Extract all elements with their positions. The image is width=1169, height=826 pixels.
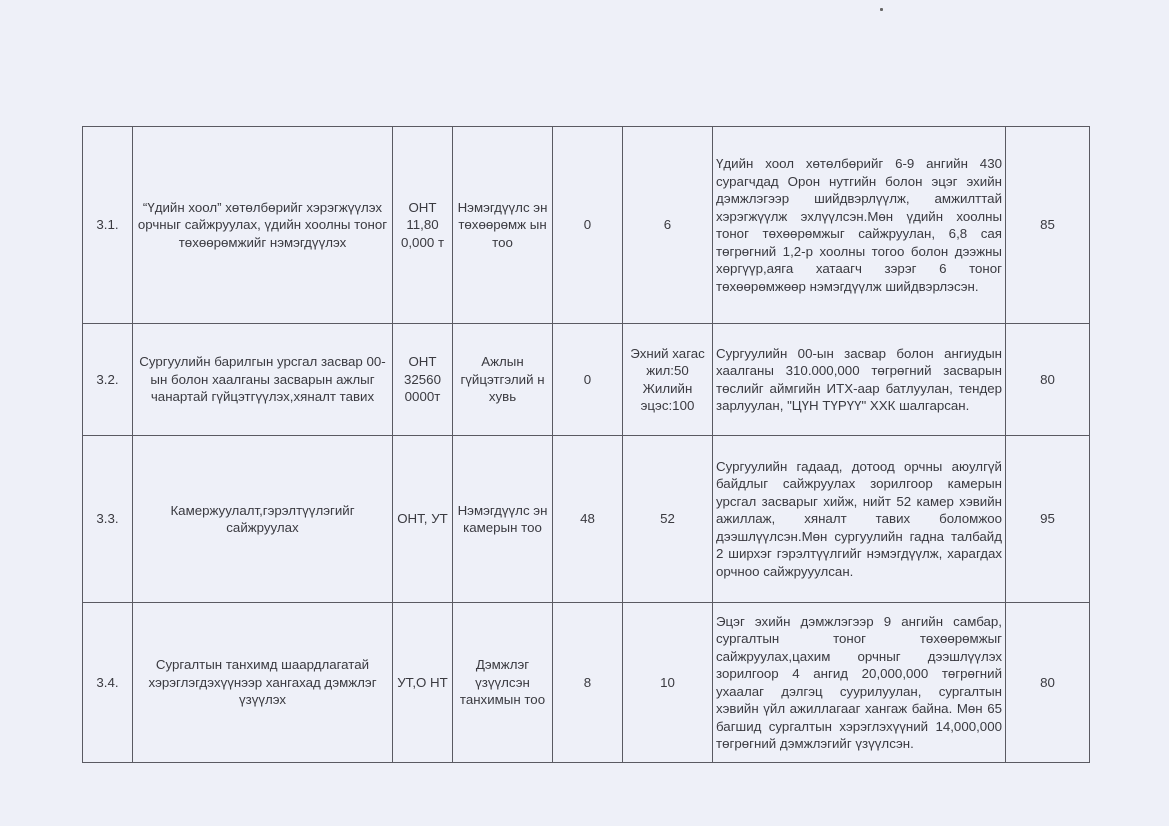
table-row: 3.4. Сургалтын танхимд шаардлагатай хэрэ… <box>83 603 1090 763</box>
result-cell: Сургуулийн гадаад, дотоод орчны аюулгүй … <box>713 436 1006 603</box>
baseline-cell: 48 <box>553 436 623 603</box>
target-cell: 6 <box>623 127 713 324</box>
indicator-cell: Дэмжлэг үзүүлсэн танхимын тоо <box>453 603 553 763</box>
target-cell: 10 <box>623 603 713 763</box>
target-cell: Эхний хагас жил:50 Жилийн эцэс:100 <box>623 324 713 436</box>
table-row: 3.2. Сургуулийн барилгын урсгал засвар 0… <box>83 324 1090 436</box>
percent-cell: 80 <box>1006 324 1090 436</box>
funding-cell: ОНТ 11,80 0,000 т <box>393 127 453 324</box>
row-number: 3.4. <box>83 603 133 763</box>
percent-cell: 80 <box>1006 603 1090 763</box>
funding-cell: УТ,О НТ <box>393 603 453 763</box>
indicator-cell: Ажлын гүйцэтгэлий н хувь <box>453 324 553 436</box>
target-cell: 52 <box>623 436 713 603</box>
indicator-cell: Нэмэгдүүлс эн төхөөрөмж ын тоо <box>453 127 553 324</box>
row-number: 3.2. <box>83 324 133 436</box>
percent-cell: 95 <box>1006 436 1090 603</box>
funding-cell: ОНТ, УТ <box>393 436 453 603</box>
row-number: 3.1. <box>83 127 133 324</box>
result-cell: Сургуулийн 00-ын засвар болон ангиудын х… <box>713 324 1006 436</box>
baseline-cell: 0 <box>553 127 623 324</box>
activity-cell: Камержуулалт,гэрэлтүүлэгийг сайжруулах <box>133 436 393 603</box>
row-number: 3.3. <box>83 436 133 603</box>
report-table: 3.1. “Үдийн хоол” хөтөлбөрийг хэрэгжүүлэ… <box>82 126 1090 763</box>
baseline-cell: 0 <box>553 324 623 436</box>
percent-cell: 85 <box>1006 127 1090 324</box>
baseline-cell: 8 <box>553 603 623 763</box>
table-row: 3.1. “Үдийн хоол” хөтөлбөрийг хэрэгжүүлэ… <box>83 127 1090 324</box>
table-row: 3.3. Камержуулалт,гэрэлтүүлэгийг сайжруу… <box>83 436 1090 603</box>
activity-cell: Сургалтын танхимд шаардлагатай хэрэглэгд… <box>133 603 393 763</box>
result-cell: Үдийн хоол хөтөлбөрийг 6-9 ангийн 430 су… <box>713 127 1006 324</box>
activity-cell: Сургуулийн барилгын урсгал засвар 00-ын … <box>133 324 393 436</box>
funding-cell: ОНТ 32560 0000т <box>393 324 453 436</box>
scan-speck <box>880 8 883 11</box>
indicator-cell: Нэмэгдүүлс эн камерын тоо <box>453 436 553 603</box>
activity-cell: “Үдийн хоол” хөтөлбөрийг хэрэгжүүлэх орч… <box>133 127 393 324</box>
result-cell: Эцэг эхийн дэмжлэгээр 9 ангийн самбар, с… <box>713 603 1006 763</box>
